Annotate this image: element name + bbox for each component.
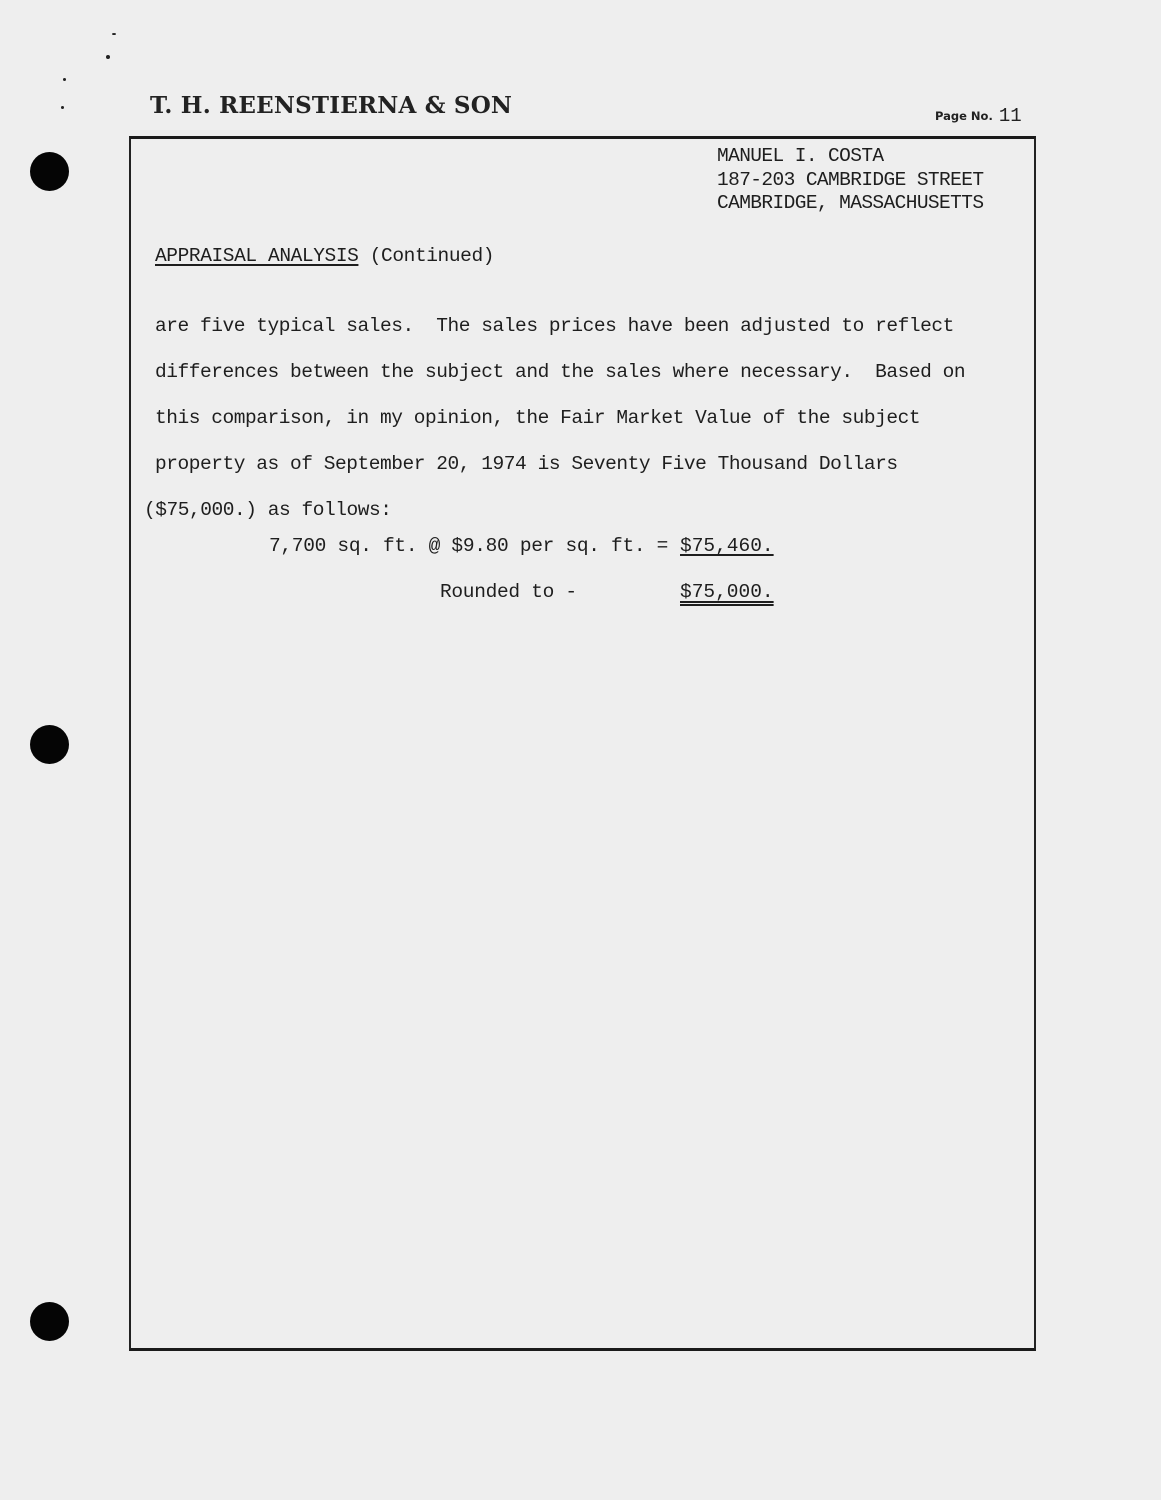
- section-title: APPRAISAL ANALYSIS: [155, 245, 358, 267]
- body-line: this comparison, in my opinion, the Fair…: [155, 395, 920, 441]
- binder-hole-middle: [30, 725, 69, 764]
- section-heading: APPRAISAL ANALYSIS (Continued): [155, 245, 494, 267]
- margin-speck: [106, 55, 110, 59]
- page-number: Page No. 11: [935, 104, 1022, 126]
- binder-hole-bottom: [30, 1302, 69, 1341]
- rounded-label: Rounded to -: [440, 581, 577, 603]
- property-address: MANUEL I. COSTA187-203 CAMBRIDGE STREETC…: [717, 145, 983, 216]
- calculation-result: $75,460.: [680, 535, 774, 557]
- margin-speck: [61, 106, 64, 109]
- binder-hole-top: [30, 152, 69, 191]
- body-line: ($75,000.) as follows:: [144, 487, 392, 533]
- margin-speck: [63, 78, 66, 81]
- margin-speck: [112, 33, 116, 35]
- page-number-value: 11: [999, 105, 1022, 127]
- body-line: are five typical sales. The sales prices…: [155, 303, 954, 349]
- city-state: CAMBRIDGE, MASSACHUSETTS: [717, 192, 983, 216]
- firm-name: T. H. REENSTIERNA & SON: [150, 92, 512, 119]
- owner-name: MANUEL I. COSTA: [717, 145, 983, 169]
- body-line: property as of September 20, 1974 is Sev…: [155, 441, 898, 487]
- section-suffix: (Continued): [370, 245, 494, 267]
- street-address: 187-203 CAMBRIDGE STREET: [717, 169, 983, 193]
- rounded-value: $75,000.: [680, 581, 774, 603]
- body-line: differences between the subject and the …: [155, 349, 965, 395]
- page-label: Page No.: [935, 109, 993, 123]
- calculation-formula: 7,700 sq. ft. @ $9.80 per sq. ft. =: [269, 535, 668, 557]
